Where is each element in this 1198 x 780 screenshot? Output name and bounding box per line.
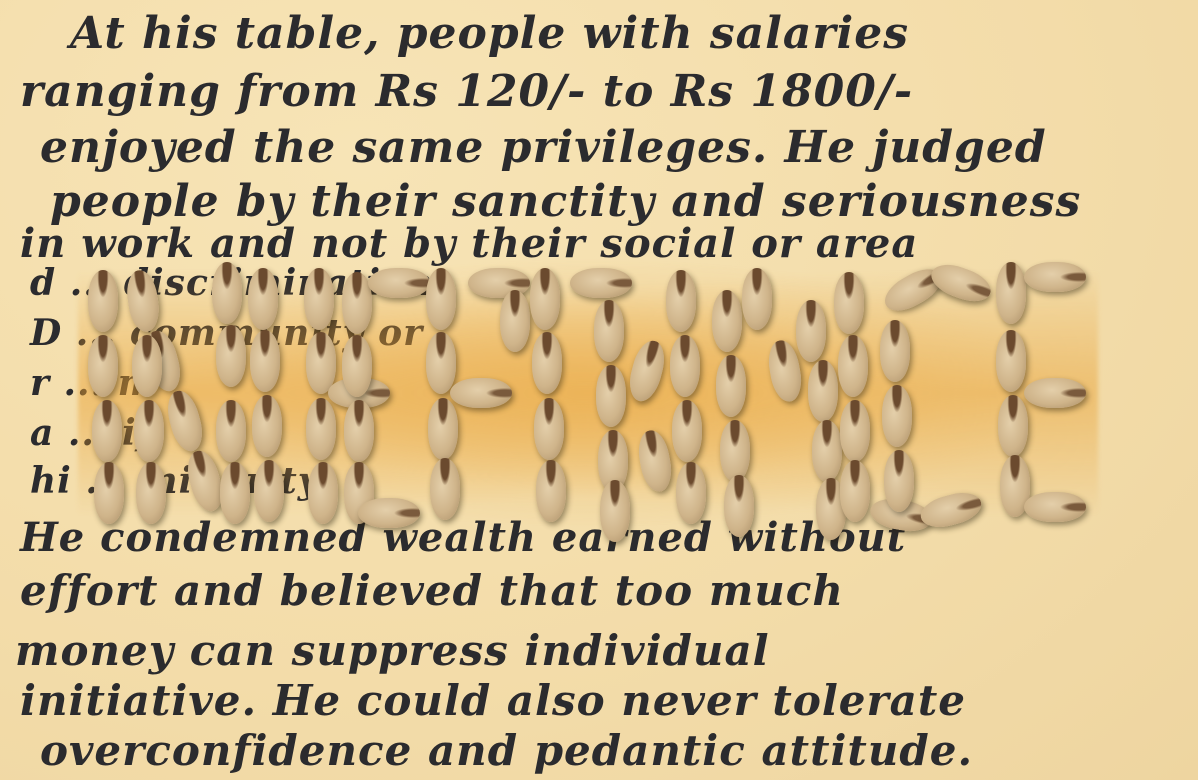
grain	[92, 400, 122, 462]
grain	[308, 462, 338, 524]
grain	[666, 270, 696, 332]
grain	[670, 335, 700, 397]
grain	[996, 262, 1026, 324]
grain	[220, 462, 250, 524]
grain	[882, 385, 912, 447]
grain	[536, 460, 566, 522]
grain	[635, 428, 675, 494]
grain	[796, 300, 826, 362]
grain	[834, 272, 864, 334]
grain	[884, 450, 914, 512]
grain	[534, 398, 564, 460]
grain	[838, 335, 868, 397]
grain	[530, 268, 560, 330]
grain	[570, 268, 632, 298]
grain	[996, 330, 1026, 392]
grain	[134, 400, 164, 462]
grain	[306, 398, 336, 460]
grain	[132, 335, 162, 397]
grain	[136, 462, 166, 524]
grain	[720, 420, 750, 482]
grain	[252, 395, 282, 457]
grain	[532, 332, 562, 394]
grain	[304, 268, 334, 330]
grain	[248, 268, 278, 330]
grain	[254, 460, 284, 522]
grain	[162, 387, 207, 455]
grain	[676, 462, 706, 524]
grain	[428, 398, 458, 460]
grain	[998, 395, 1028, 457]
grain	[342, 335, 372, 397]
grain	[712, 290, 742, 352]
grain	[742, 268, 772, 330]
grain	[368, 268, 430, 298]
grain	[672, 400, 702, 462]
grain	[716, 355, 746, 417]
grain	[426, 268, 456, 330]
grain	[812, 420, 842, 482]
grain	[1024, 492, 1086, 522]
grain	[88, 335, 118, 397]
grain	[358, 498, 420, 528]
grain	[88, 270, 118, 332]
grain	[430, 458, 460, 520]
grain	[840, 460, 870, 522]
grain	[600, 480, 630, 542]
grain	[596, 365, 626, 427]
grain	[1024, 378, 1086, 408]
grain	[426, 332, 456, 394]
grain	[594, 300, 624, 362]
grain	[624, 337, 669, 405]
grain	[450, 378, 512, 408]
grain-collage	[0, 0, 1198, 780]
grain	[1024, 262, 1086, 292]
grain	[124, 268, 162, 334]
grain	[216, 400, 246, 462]
grain	[724, 475, 754, 537]
grain	[927, 258, 996, 307]
grain	[344, 400, 374, 462]
grain	[808, 360, 838, 422]
grain	[880, 320, 910, 382]
grain	[212, 262, 242, 324]
grain	[216, 325, 246, 387]
grain	[500, 290, 530, 352]
grain	[250, 330, 280, 392]
grain	[840, 400, 870, 462]
grain	[94, 462, 124, 524]
